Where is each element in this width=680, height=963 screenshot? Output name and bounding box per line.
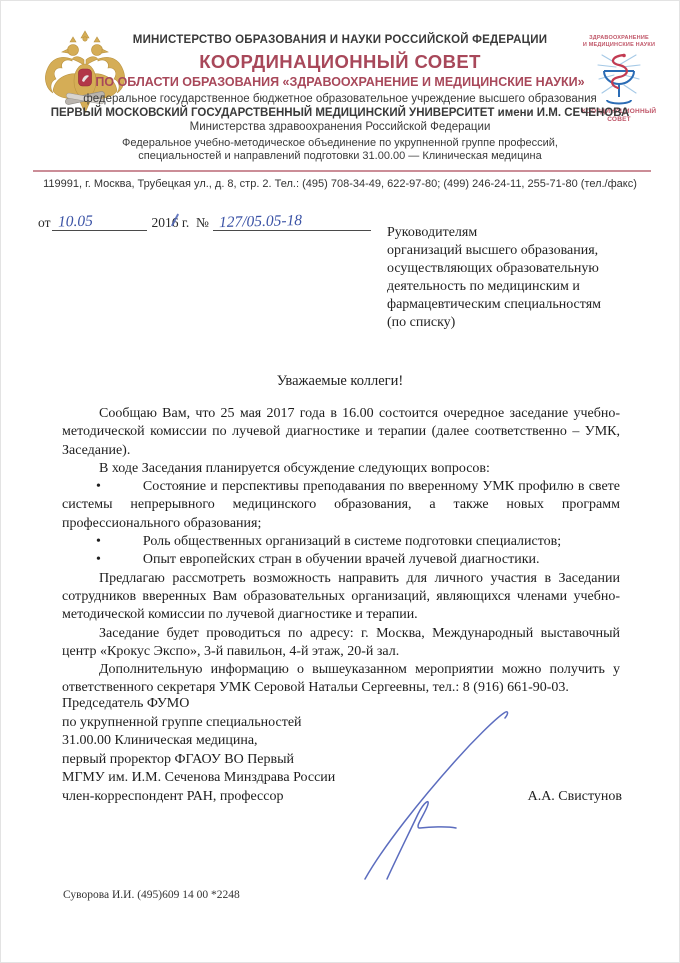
- paragraph-announcement: Сообщаю Вам, что 25 мая 2017 года в 16.0…: [62, 405, 620, 460]
- addressee-line: Руководителям: [387, 224, 642, 242]
- signer-title-line: Председатель ФУМО: [62, 695, 335, 714]
- fumo-line-2: специальностей и направлений подготовки …: [31, 150, 649, 162]
- signer-title-line: по укрупненной группе специальностей: [62, 714, 335, 733]
- number-blank-line: 127/05.05-18: [213, 213, 371, 231]
- paragraph-invitation: Предлагаю рассмотреть возможность направ…: [62, 570, 620, 625]
- signer-title-line: 31.00.00 Клиническая медицина,: [62, 732, 335, 751]
- signer-title-line: член-корреспондент РАН, профессор: [62, 788, 335, 807]
- number-label: №: [196, 215, 209, 230]
- addressee-line: осуществляющих образовательную: [387, 260, 642, 278]
- executor-contact: Суворова И.И. (495)609 14 00 *2248: [63, 889, 240, 901]
- paragraph-agenda-intro: В ходе Заседания планируется обсуждение …: [62, 460, 620, 478]
- handwritten-number: 127/05.05-18: [219, 212, 303, 232]
- document-page: ЗДРАВООХРАНЕНИЕ И МЕДИЦИНСКИЕ НАУКИ: [0, 0, 680, 963]
- agenda-item: •Роль общественных организаций в системе…: [62, 533, 620, 551]
- bullet-icon: •: [96, 552, 101, 567]
- bullet-icon: •: [96, 479, 101, 494]
- from-label: от: [38, 215, 50, 230]
- handwritten-signature: [353, 701, 521, 883]
- council-title: КООРДИНАЦИОННЫЙ СОВЕТ: [31, 51, 649, 73]
- addressee-block: Руководителям организаций высшего образо…: [387, 224, 642, 332]
- institution-affiliation: Министерства здравоохранения Российской …: [31, 121, 649, 133]
- addressee-line: фармацевтическим специальностям: [387, 296, 642, 314]
- addressee-line: организаций высшего образования,: [387, 242, 642, 260]
- paragraph-venue: Заседание будет проводиться по адресу: г…: [62, 625, 620, 662]
- institution-name: ПЕРВЫЙ МОСКОВСКИЙ ГОСУДАРСТВЕННЫЙ МЕДИЦИ…: [31, 107, 649, 119]
- bullet-icon: •: [96, 534, 101, 549]
- signature-block: Председатель ФУМО по укрупненной группе …: [62, 695, 622, 807]
- signer-title-line: первый проректор ФГАОУ ВО Первый: [62, 751, 335, 770]
- council-subtitle: ПО ОБЛАСТИ ОБРАЗОВАНИЯ «ЗДРАВООХРАНЕНИЕ …: [31, 75, 649, 89]
- institution-type: федеральное государственное бюджетное об…: [31, 93, 649, 105]
- signer-name: А.А. Свистунов: [528, 788, 622, 807]
- contact-address-line: 119991, г. Москва, Трубецкая ул., д. 8, …: [31, 178, 649, 190]
- year-label-wrap: 2016 г.: [151, 215, 189, 231]
- agenda-item-text: Роль общественных организаций в системе …: [143, 534, 561, 549]
- signer-title-line: МГМУ им. И.М. Сеченова Минздрава России: [62, 769, 335, 788]
- addressee-line: (по списку): [387, 314, 642, 332]
- letterhead: МИНИСТЕРСТВО ОБРАЗОВАНИЯ И НАУКИ РОССИЙС…: [31, 34, 649, 162]
- reference-row: от10.052016 г. №127/05.05-18: [38, 213, 371, 231]
- date-blank-line: 10.05: [52, 213, 147, 231]
- addressee-line: деятельность по медицинским и: [387, 278, 642, 296]
- year-label: 2016 г.: [151, 215, 189, 230]
- signer-titles: Председатель ФУМО по укрупненной группе …: [62, 695, 335, 807]
- agenda-item-text: Состояние и перспективы преподавания по …: [62, 479, 620, 531]
- ministry-name: МИНИСТЕРСТВО ОБРАЗОВАНИЯ И НАУКИ РОССИЙС…: [31, 34, 649, 46]
- agenda-item: •Опыт европейских стран в обучении враче…: [62, 551, 620, 569]
- letter-body: Сообщаю Вам, что 25 мая 2017 года в 16.0…: [62, 405, 620, 698]
- handwritten-date: 10.05: [58, 213, 93, 232]
- agenda-item-text: Опыт европейских стран в обучении врачей…: [143, 552, 540, 567]
- fumo-line-1: Федеральное учебно-методическое объедине…: [31, 137, 649, 149]
- paragraph-contact-info: Дополнительную информацию о вышеуказанно…: [62, 661, 620, 698]
- salutation: Уважаемые коллеги!: [1, 373, 679, 390]
- header-divider: [33, 170, 651, 172]
- agenda-item: •Состояние и перспективы преподавания по…: [62, 478, 620, 533]
